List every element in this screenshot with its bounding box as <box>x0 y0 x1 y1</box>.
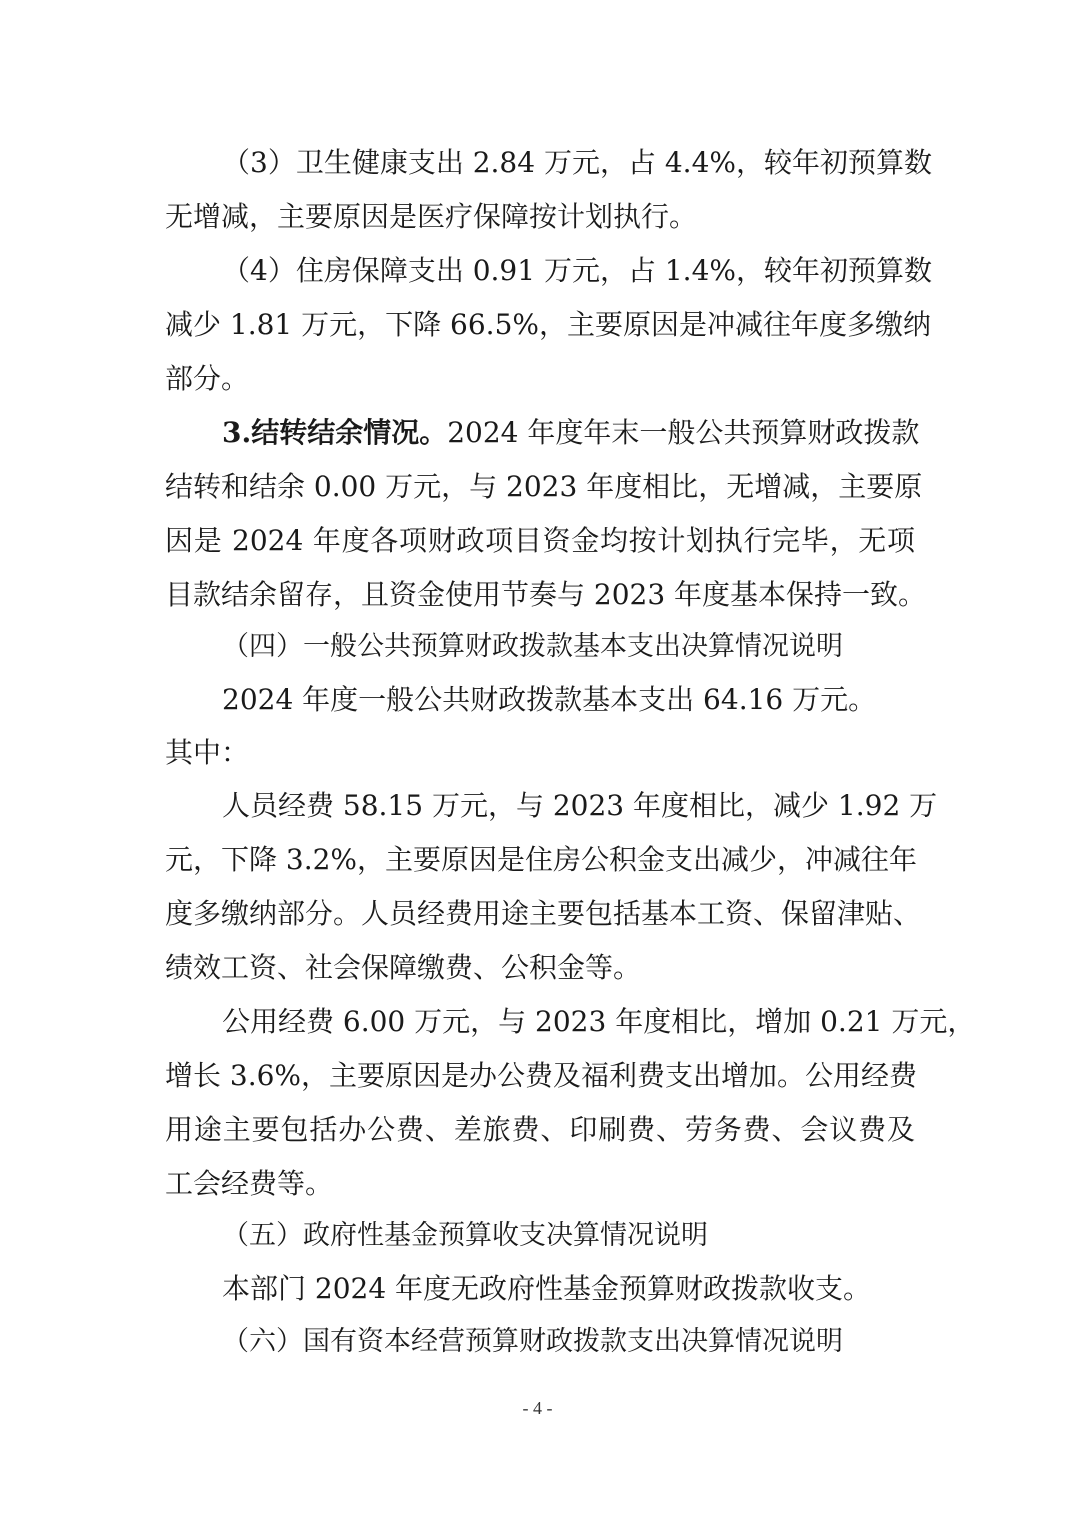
paragraph-personnel-line-3: 度多缴纳部分。人员经费用途主要包括基本工资、保留津贴、 <box>165 894 915 934</box>
paragraph-housing-line-1: （4）住房保障支出 0.91 万元，占 1.4%，较年初预算数 <box>222 251 915 291</box>
section-6-heading: （六）国有资本经营预算财政拨款支出决算情况说明 <box>222 1322 892 1362</box>
basic-expense-line-1: 2024 年度一般公共财政拨款基本支出 64.16 万元。 <box>222 680 915 720</box>
paragraph-carryover-line-3: 因是 2024 年度各项财政项目资金均按计划执行完毕，无项 <box>165 521 915 561</box>
paragraph-public-line-4: 工会经费等。 <box>165 1164 915 1204</box>
paragraph-public-line-1: 公用经费 6.00 万元，与 2023 年度相比，增加 0.21 万元， <box>222 1002 915 1042</box>
paragraph-housing-line-2: 减少 1.81 万元，下降 66.5%，主要原因是冲减往年度多缴纳 <box>165 305 915 345</box>
paragraph-housing-line-3: 部分。 <box>165 359 915 399</box>
carryover-bold-lead: 3.结转结余情况。 <box>222 416 447 449</box>
paragraph-public-line-2: 增长 3.6%，主要原因是办公费及福利费支出增加。公用经费 <box>165 1056 915 1096</box>
paragraph-health-line-1: （3）卫生健康支出 2.84 万元，占 4.4%，较年初预算数 <box>222 143 915 183</box>
paragraph-health-line-2: 无增减，主要原因是医疗保障按计划执行。 <box>165 197 915 237</box>
paragraph-public-line-3: 用途主要包括办公费、差旅费、印刷费、劳务费、会议费及 <box>165 1110 915 1150</box>
paragraph-carryover-line-4: 目款结余留存，且资金使用节奏与 2023 年度基本保持一致。 <box>165 575 915 615</box>
basic-expense-line-2: 其中： <box>165 733 915 773</box>
section-5-heading: （五）政府性基金预算收支决算情况说明 <box>222 1216 915 1256</box>
paragraph-carryover-line-1: 3.结转结余情况。2024 年度年末一般公共预算财政拨款 <box>222 413 915 453</box>
paragraph-personnel-line-4: 绩效工资、社会保障缴费、公积金等。 <box>165 948 915 988</box>
paragraph-carryover-line-2: 结转和结余 0.00 万元，与 2023 年度相比，无增减，主要原 <box>165 467 915 507</box>
carryover-line-1-text: 2024 年度年末一般公共预算财政拨款 <box>447 416 919 449</box>
paragraph-personnel-line-2: 元，下降 3.2%，主要原因是住房公积金支出减少，冲减往年 <box>165 840 915 880</box>
page-number: - 4 - <box>0 1398 1075 1419</box>
gov-fund-line-1: 本部门 2024 年度无政府性基金预算财政拨款收支。 <box>222 1269 915 1309</box>
paragraph-personnel-line-1: 人员经费 58.15 万元，与 2023 年度相比，减少 1.92 万 <box>222 786 915 826</box>
section-4-heading: （四）一般公共预算财政拨款基本支出决算情况说明 <box>222 627 892 667</box>
document-page: （3）卫生健康支出 2.84 万元，占 4.4%，较年初预算数 无增减，主要原因… <box>0 0 1075 1520</box>
